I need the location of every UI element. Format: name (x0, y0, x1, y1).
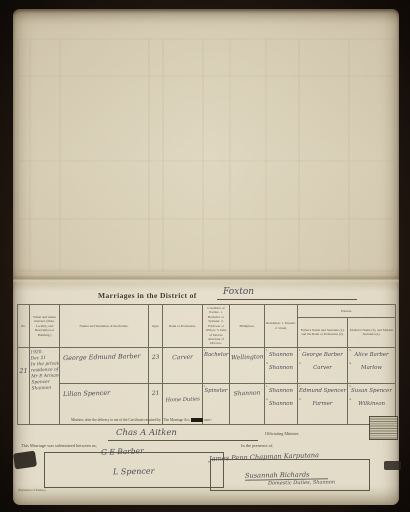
groom-name-cell: George Edmund Barber (60, 347, 149, 383)
bride-condition-handwritten: Spinster (204, 388, 228, 394)
header-parents-group: Parents. (298, 305, 396, 318)
bride-birthplace-handwritten: Shannon (231, 384, 263, 397)
marriage-register-table: No. When and where married. (Date, Local… (17, 304, 396, 425)
witness2-detail-handwritten: Domestic Duties, Shannon (268, 479, 335, 486)
groom-residence-usual: Shannon (266, 365, 296, 371)
bride-mother-name: Susan Spencer (349, 388, 394, 394)
header-residence: Residence. 1. Present. 2. Usual. (265, 305, 298, 348)
register-page: Marriages in the District of Foxton No. … (13, 9, 399, 505)
groom-condition-cell: 1. Bachelor (203, 347, 230, 383)
header-father: Father's Name and Surname (1), and the R… (298, 318, 348, 348)
groom-birthplace-handwritten: Wellington (231, 348, 263, 361)
groom-father-cell: 1. George Barber 2. Carver (298, 347, 348, 383)
groom-rank-cell: Carver (163, 347, 203, 383)
groom-age-handwritten: 23 (150, 349, 161, 361)
header-mother: Mother's Name (3), and Maiden Surname (4… (348, 318, 396, 348)
groom-age-cell: 23 (149, 347, 163, 383)
when-where-handwritten: 1920. Dec 21 In the private residence of… (30, 348, 58, 391)
groom-mother-maiden: Marlow (349, 365, 394, 371)
groom-mother-name: Alice Barber (349, 352, 394, 358)
presence-label: In the presence of, (241, 443, 273, 448)
solemnized-label: This Marriage was solemnized between us, (21, 443, 97, 448)
bride-father-rank: Farmer (299, 401, 346, 407)
groom-birthplace-cell: Wellington (230, 347, 265, 383)
form-title-row: Marriages in the District of Foxton (13, 287, 399, 303)
groom-signature-handwritten: G E Barber (101, 446, 144, 456)
bride-name-handwritten: Lilian Spencer (61, 384, 147, 398)
groom-father-name: George Barber (299, 352, 346, 358)
groom-mother-cell: 3. Alice Barber 4. Marlow (348, 347, 396, 383)
minister-signature-handwritten: Chas A Aitken (108, 428, 177, 438)
header-ages: Ages. (149, 305, 163, 348)
registrar-stamp (369, 416, 398, 440)
bride-father-name: Edmund Spencer (299, 388, 346, 394)
groom-residence-present: Shannon (266, 352, 296, 358)
signature-caption: (Signatures of Parties.) (18, 488, 46, 492)
minister-signature-line: Chas A Aitken (108, 422, 258, 441)
ghost-table-grid (13, 21, 399, 279)
bride-mother-maiden: Wilkinson (349, 401, 394, 407)
groom-condition-handwritten: Bachelor (204, 352, 228, 358)
form-title: Marriages in the District of (98, 291, 197, 300)
district-name-handwritten: Foxton (223, 287, 254, 297)
groom-rank-handwritten: Carver (164, 348, 201, 361)
ink-stamp-left (13, 451, 37, 470)
entry-number-handwritten: 21 (19, 349, 28, 375)
bride-residence-present: Shannon (266, 388, 296, 394)
bride-age-handwritten: 21 (150, 385, 161, 397)
district-underline (217, 299, 357, 300)
groom-name-handwritten: George Edmund Barber (61, 348, 147, 362)
header-birthplace: Birthplace. (230, 305, 265, 348)
bride-rank-handwritten: Home Duties (164, 384, 202, 403)
header-names: Names and Surnames of the Parties. (60, 305, 149, 348)
when-where-cell: 1920. Dec 21 In the private residence of… (30, 347, 60, 424)
entry-number-cell: 21 (18, 347, 30, 424)
groom-father-rank: Carver (299, 365, 346, 371)
ink-stamp-right (384, 461, 401, 470)
header-when-where: When and where married. (Date, Locality,… (30, 305, 60, 348)
page-fold-crease (13, 275, 399, 283)
bride-residence-usual: Shannon (266, 401, 296, 407)
header-condition: Condition of Parties. 1. Bachelor or Spi… (203, 305, 230, 348)
groom-residence-cell: 1. Shannon 2. Shannon (265, 347, 298, 383)
header-rank: Rank or Profession. (163, 305, 203, 348)
header-no: No. (18, 305, 30, 348)
officiating-minister-label: Officiating Minister. (265, 431, 299, 436)
bride-signature-handwritten: L Spencer (113, 467, 155, 477)
register-photo: Marriages in the District of Foxton No. … (0, 0, 410, 512)
